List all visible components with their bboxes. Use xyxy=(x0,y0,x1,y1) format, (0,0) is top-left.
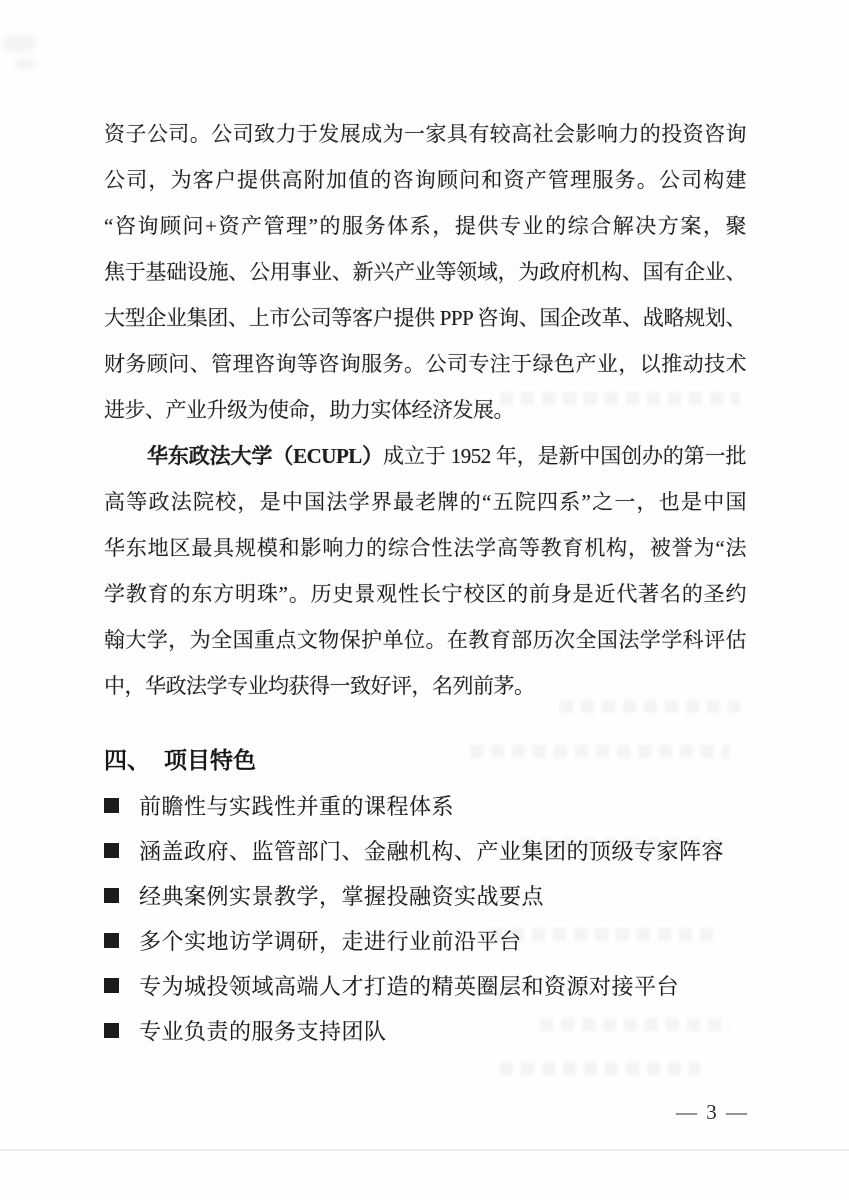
feature-item: 前瞻性与实践性并重的课程体系 xyxy=(104,783,746,828)
feature-item: 多个实地访学调研，走进行业前沿平台 xyxy=(104,918,746,963)
bullet-square-icon xyxy=(104,1023,119,1038)
paragraph-company: 资子公司。公司致力于发展成为一家具有较高社会影响力的投资咨询 公司，为客户提供高… xyxy=(104,111,746,433)
feature-item: 经典案例实景教学，掌握投融资实战要点 xyxy=(104,873,746,918)
paragraph-university: 华东政法大学（ECUPL）成立于 1952 年，是新中国创办的第一批 高等政法院… xyxy=(104,433,746,709)
feature-item: 专业负责的服务支持团队 xyxy=(104,1008,746,1053)
paragraph-line: 华东政法大学（ECUPL）成立于 1952 年，是新中国创办的第一批 xyxy=(104,433,746,479)
paragraph-line: 高等政法院校，是中国法学界最老牌的“五院四系”之一，也是中国 xyxy=(104,479,746,525)
paragraph-line: 华东地区最具规模和影响力的综合性法学高等教育机构，被誉为“法 xyxy=(104,525,746,571)
paragraph-line: “咨询顾问+资产管理”的服务体系，提供专业的综合解决方案，聚 xyxy=(104,203,746,249)
section-heading-project-features: 四、项目特色 xyxy=(104,737,746,783)
paragraph-line: 财务顾问、管理咨询等咨询服务。公司专注于绿色产业，以推动技术 xyxy=(104,341,746,387)
university-name-bold: 华东政法大学（ECUPL） xyxy=(147,444,383,468)
paragraph-line: 资子公司。公司致力于发展成为一家具有较高社会影响力的投资咨询 xyxy=(104,111,746,157)
feature-list: 前瞻性与实践性并重的课程体系 涵盖政府、监管部门、金融机构、产业集团的顶级专家阵… xyxy=(104,783,746,1053)
scan-smudge-artifact xyxy=(2,34,36,52)
paragraph-line: 焦于基础设施、公用事业、新兴产业等领域，为政府机构、国有企业、 xyxy=(104,249,746,295)
feature-text: 经典案例实景教学，掌握投融资实战要点 xyxy=(139,880,544,911)
section-number: 四、 xyxy=(104,747,150,773)
page-number: — 3 — xyxy=(676,1100,749,1125)
bullet-square-icon xyxy=(104,888,119,903)
section-title: 项目特色 xyxy=(164,747,256,773)
bullet-square-icon xyxy=(104,978,119,993)
feature-text: 前瞻性与实践性并重的课程体系 xyxy=(139,790,454,821)
feature-item: 涵盖政府、监管部门、金融机构、产业集团的顶级专家阵容 xyxy=(104,828,746,873)
feature-item: 专为城投领域高端人才打造的精英圈层和资源对接平台 xyxy=(104,963,746,1008)
paragraph-line: 大型企业集团、上市公司等客户提供 PPP 咨询、国企改革、战略规划、 xyxy=(104,295,746,341)
feature-text: 涵盖政府、监管部门、金融机构、产业集团的顶级专家阵容 xyxy=(139,835,724,866)
feature-text: 专业负责的服务支持团队 xyxy=(139,1015,387,1046)
paragraph-line: 中，华政法学专业均获得一致好评，名列前茅。 xyxy=(104,663,746,709)
document-body: 资子公司。公司致力于发展成为一家具有较高社会影响力的投资咨询 公司，为客户提供高… xyxy=(104,111,746,1053)
scan-edge-line xyxy=(0,1149,849,1151)
scan-smudge-artifact xyxy=(14,58,36,70)
bullet-square-icon xyxy=(104,933,119,948)
paragraph-line: 学教育的东方明珠”。历史景观性长宁校区的前身是近代著名的圣约 xyxy=(104,571,746,617)
bleedthrough-artifact xyxy=(500,1062,700,1075)
bullet-square-icon xyxy=(104,798,119,813)
paragraph-line: 翰大学，为全国重点文物保护单位。在教育部历次全国法学学科评估 xyxy=(104,617,746,663)
paragraph-line: 进步、产业升级为使命，助力实体经济发展。 xyxy=(104,387,746,433)
feature-text: 多个实地访学调研，走进行业前沿平台 xyxy=(139,925,522,956)
feature-text: 专为城投领域高端人才打造的精英圈层和资源对接平台 xyxy=(139,970,679,1001)
paragraph-line: 公司，为客户提供高附加值的咨询顾问和资产管理服务。公司构建 xyxy=(104,157,746,203)
document-page: 资子公司。公司致力于发展成为一家具有较高社会影响力的投资咨询 公司，为客户提供高… xyxy=(0,0,849,1200)
paragraph-line-text: 成立于 1952 年，是新中国创办的第一批 xyxy=(383,444,746,468)
bullet-square-icon xyxy=(104,843,119,858)
